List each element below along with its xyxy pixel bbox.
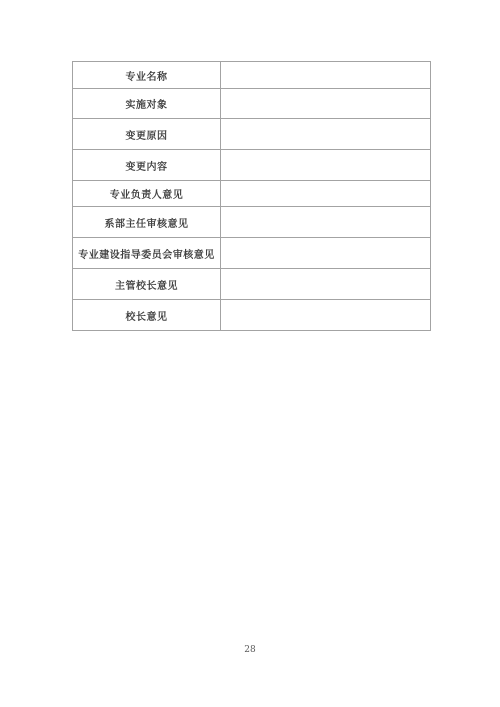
row-label: 专业建设指导委员会审核意见 [73,238,221,269]
row-value-cell [221,89,431,119]
table-row: 专业建设指导委员会审核意见 [73,238,431,269]
row-value-cell [221,269,431,300]
row-value-cell [221,181,431,207]
table-row: 专业名称 [73,62,431,89]
row-value-cell [221,238,431,269]
row-value-cell [221,300,431,331]
row-label: 主管校长意见 [73,269,221,300]
row-label: 变更内容 [73,150,221,181]
change-approval-form-table: 专业名称 实施对象 变更原因 变更内容 专业负责人意见 系部主任审核意见 [72,61,431,331]
table-row: 变更内容 [73,150,431,181]
row-value-cell [221,150,431,181]
row-label: 系部主任审核意见 [73,207,221,238]
row-value-cell [221,119,431,150]
row-label: 变更原因 [73,119,221,150]
row-label: 校长意见 [73,300,221,331]
row-label: 实施对象 [73,89,221,119]
table-row: 实施对象 [73,89,431,119]
row-label: 专业负责人意见 [73,181,221,207]
table-row: 专业负责人意见 [73,181,431,207]
row-value-cell [221,207,431,238]
row-value-cell [221,62,431,89]
page-number: 28 [0,645,500,655]
table-row: 主管校长意见 [73,269,431,300]
document-page: 专业名称 实施对象 变更原因 变更内容 专业负责人意见 系部主任审核意见 [0,0,500,707]
table-row: 系部主任审核意见 [73,207,431,238]
table-row: 校长意见 [73,300,431,331]
table-row: 变更原因 [73,119,431,150]
row-label: 专业名称 [73,62,221,89]
